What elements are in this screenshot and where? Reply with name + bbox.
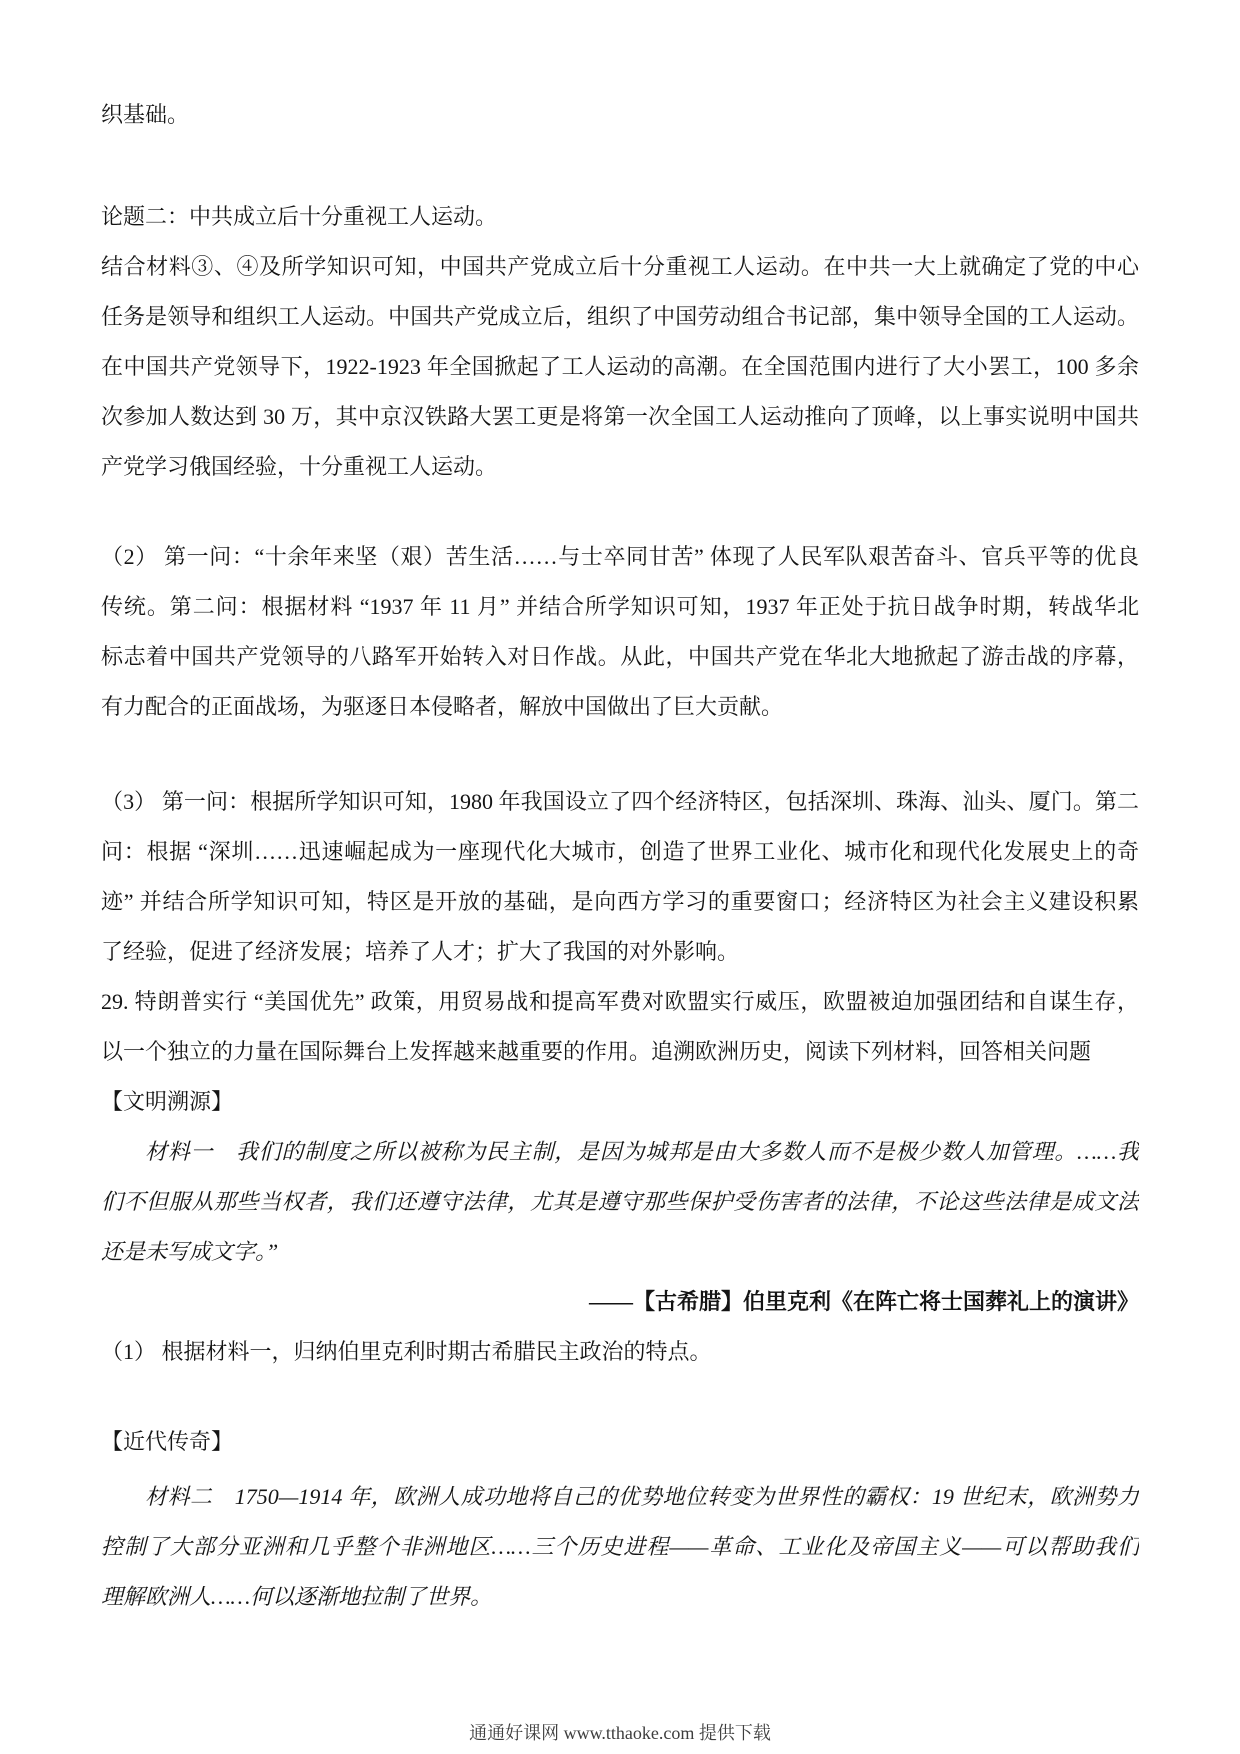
text-line: 以一个独立的力量在国际舞台上发挥越来越重要的作用。追溯欧洲历史，阅读下列材料，回…: [101, 1027, 1139, 1077]
text-line: 标志着中国共产党领导的八路军开始转入对日作战。从此，中国共产党在华北大地掀起了游…: [101, 632, 1139, 682]
text-line: 产党学习俄国经验，十分重视工人运动。: [101, 442, 1139, 492]
text-line: 迹” 并结合所学知识可知，特区是开放的基础，是向西方学习的重要窗口；经济特区为社…: [101, 877, 1139, 927]
text-line: （1） 根据材料一，归纳伯里克利时期古希腊民主政治的特点。: [101, 1327, 1139, 1377]
footer-credit: 通通好课网 www.tthaoke.com 提供下载: [0, 1719, 1240, 1745]
text-line: ——【古希腊】伯里克利《在阵亡将士国葬礼上的演讲》: [101, 1277, 1139, 1327]
material-1-source: ——【古希腊】伯里克利《在阵亡将士国葬礼上的演讲》: [101, 1277, 1139, 1327]
text-line: 了经验，促进了经济发展；培养了人才；扩大了我国的对外影响。: [101, 927, 1139, 977]
text-line: 问：根据 “深圳……迅速崛起成为一座现代化大城市，创造了世界工业化、城市化和现代…: [101, 827, 1139, 877]
text-line: 29. 特朗普实行 “美国优先” 政策，用贸易战和提高军费对欧盟实行威压，欧盟被…: [101, 977, 1139, 1027]
section-modern-legend-heading: 【近代传奇】: [101, 1417, 1139, 1467]
document-page: 织基础。 论题二：中共成立后十分重视工人运动。 结合材料③、④及所学知识可知，中…: [0, 0, 1240, 1754]
material-2-text: 材料二 1750—1914 年，欧洲人成功地将自己的优势地位转变为世界性的霸权：…: [101, 1472, 1139, 1622]
section-civilization-origin-heading: 【文明溯源】: [101, 1077, 1139, 1127]
text-line: 织基础。: [101, 90, 1139, 140]
text-line: （3） 第一问：根据所学知识可知，1980 年我国设立了四个经济特区，包括深圳、…: [101, 777, 1139, 827]
text-line: 们不但服从那些当权者，我们还遵守法律，尤其是遵守那些保护受伤害者的法律，不论这些…: [101, 1177, 1139, 1227]
text-line: 理解欧洲人……何以逐渐地拉制了世界。: [101, 1572, 1139, 1622]
question-29-intro: 29. 特朗普实行 “美国优先” 政策，用贸易战和提高军费对欧盟实行威压，欧盟被…: [101, 977, 1139, 1077]
topic-2-body: 结合材料③、④及所学知识可知，中国共产党成立后十分重视工人运动。在中共一大上就确…: [101, 242, 1139, 492]
material-1-text: 材料一 我们的制度之所以被称为民主制，是因为城邦是由大多数人而不是极少数人加管理…: [101, 1127, 1139, 1277]
text-line: 在中国共产党领导下，1922-1923 年全国掀起了工人运动的高潮。在全国范围内…: [101, 342, 1139, 392]
answer-question-3: （3） 第一问：根据所学知识可知，1980 年我国设立了四个经济特区，包括深圳、…: [101, 777, 1139, 977]
paragraph-continuation: 织基础。: [101, 90, 1139, 140]
topic-2-heading: 论题二：中共成立后十分重视工人运动。: [101, 192, 1139, 242]
answer-question-2: （2） 第一问：“十余年来坚（艰）苦生活……与士卒同甘苦” 体现了人民军队艰苦奋…: [101, 532, 1139, 732]
sub-question-1: （1） 根据材料一，归纳伯里克利时期古希腊民主政治的特点。: [101, 1327, 1139, 1377]
text-line: 任务是领导和组织工人运动。中国共产党成立后，组织了中国劳动组合书记部，集中领导全…: [101, 292, 1139, 342]
document-content: 织基础。 论题二：中共成立后十分重视工人运动。 结合材料③、④及所学知识可知，中…: [101, 0, 1139, 1622]
text-line: 结合材料③、④及所学知识可知，中国共产党成立后十分重视工人运动。在中共一大上就确…: [101, 242, 1139, 292]
text-line: 【近代传奇】: [101, 1417, 1139, 1467]
text-line: 控制了大部分亚洲和几乎整个非洲地区……三个历史进程——革命、工业化及帝国主义——…: [101, 1522, 1139, 1572]
text-line: 还是未写成文字。”: [101, 1227, 1139, 1277]
text-line: 【文明溯源】: [101, 1077, 1139, 1127]
text-line: 材料二 1750—1914 年，欧洲人成功地将自己的优势地位转变为世界性的霸权：…: [101, 1472, 1139, 1522]
text-line: （2） 第一问：“十余年来坚（艰）苦生活……与士卒同甘苦” 体现了人民军队艰苦奋…: [101, 532, 1139, 582]
text-line: 论题二：中共成立后十分重视工人运动。: [101, 192, 1139, 242]
text-line: 有力配合的正面战场，为驱逐日本侵略者，解放中国做出了巨大贡献。: [101, 682, 1139, 732]
text-line: 材料一 我们的制度之所以被称为民主制，是因为城邦是由大多数人而不是极少数人加管理…: [101, 1127, 1139, 1177]
text-line: 次参加人数达到 30 万，其中京汉铁路大罢工更是将第一次全国工人运动推向了顶峰，…: [101, 392, 1139, 442]
text-line: 传统。第二问：根据材料 “1937 年 11 月” 并结合所学知识可知，1937…: [101, 582, 1139, 632]
